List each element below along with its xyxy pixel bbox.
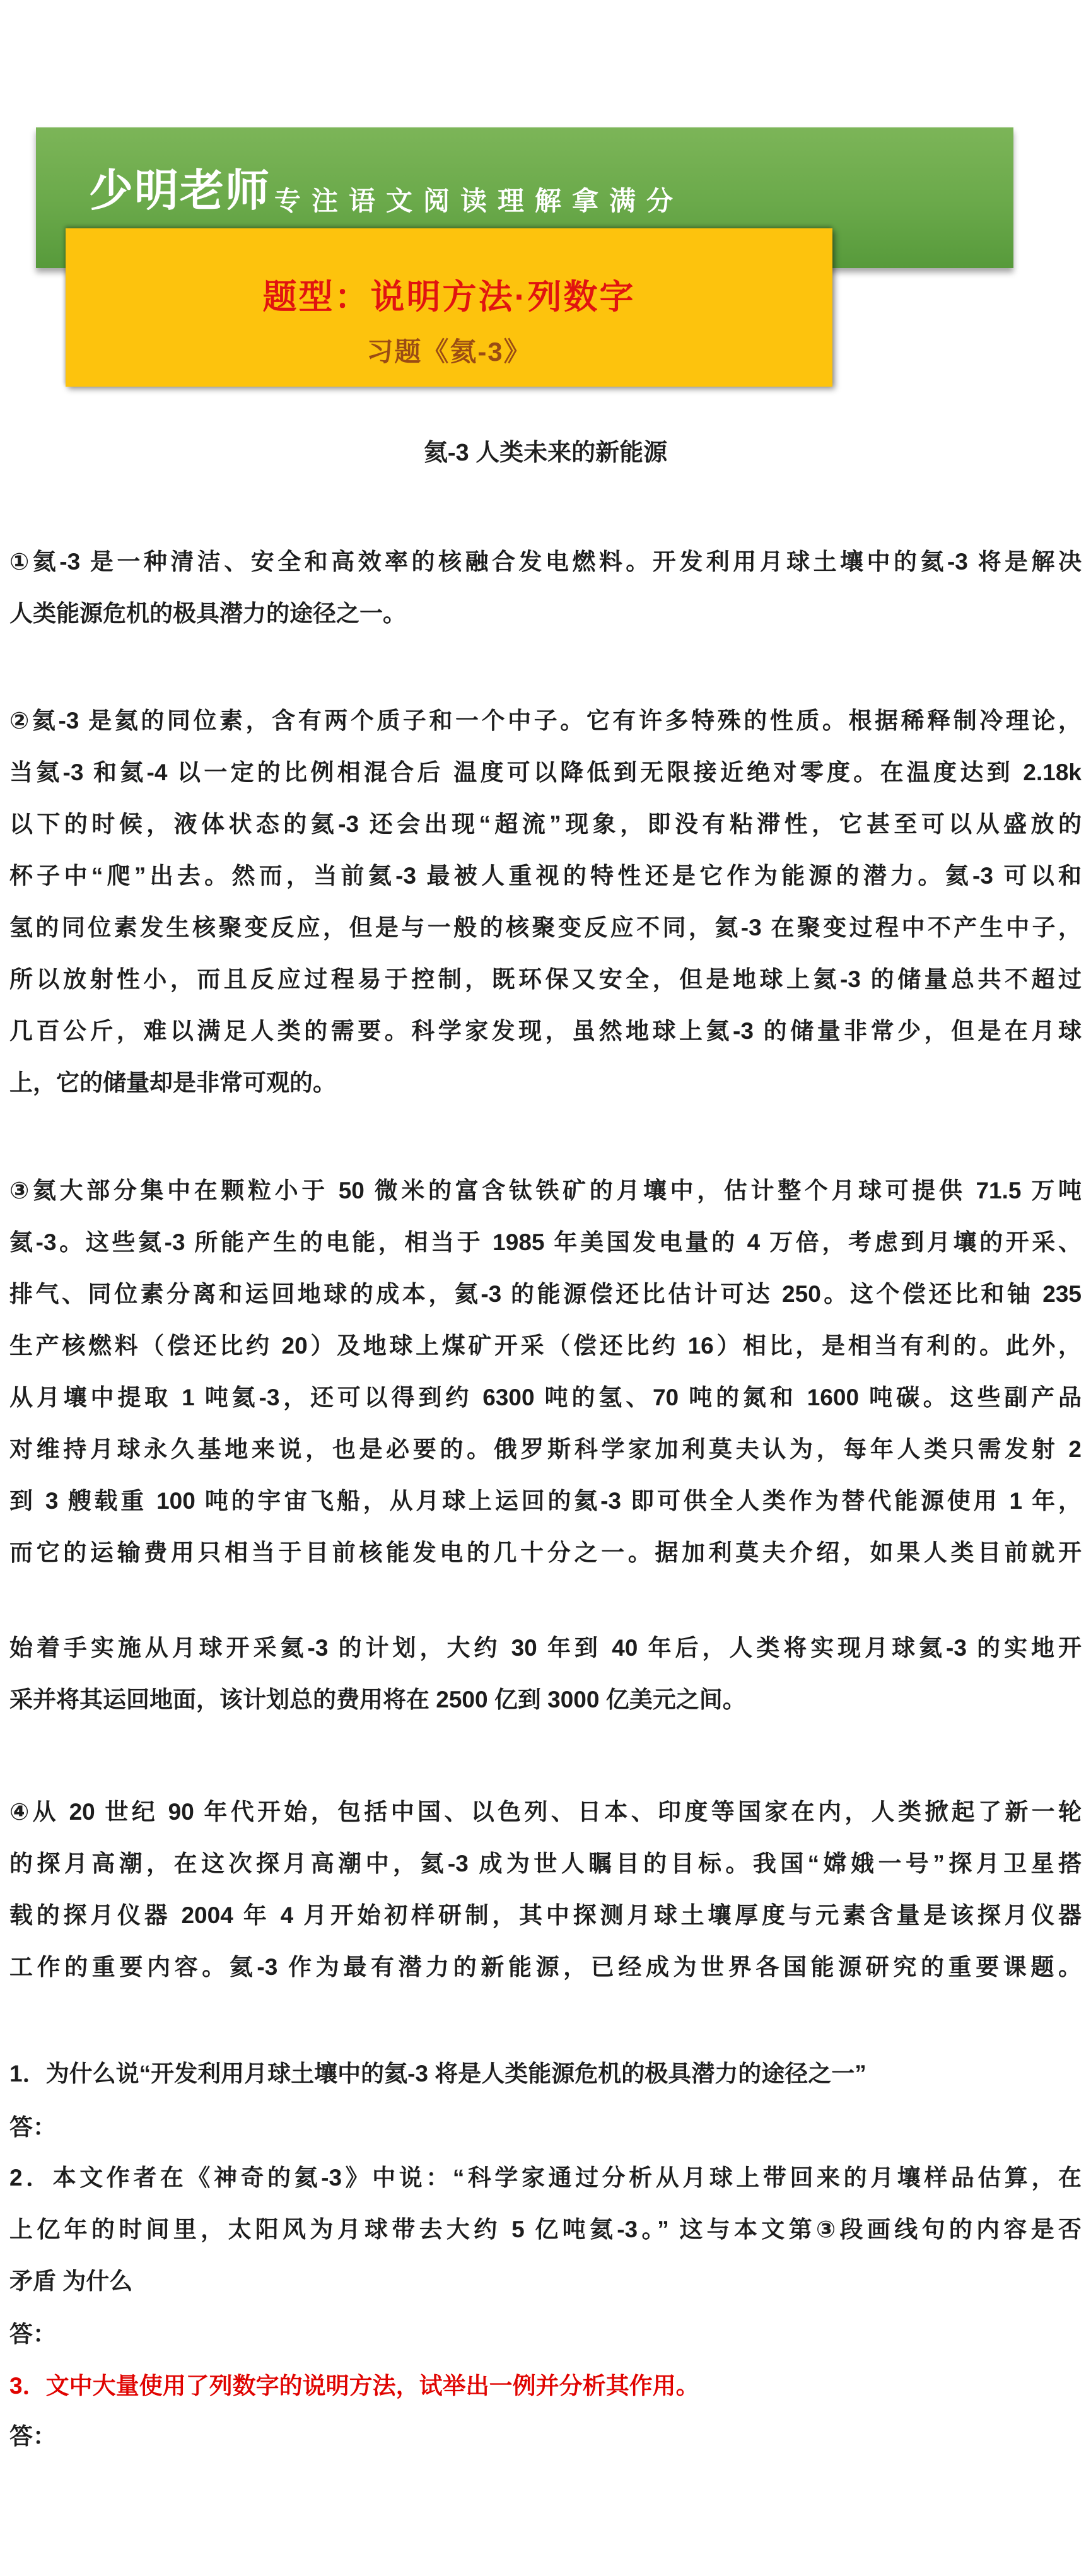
question-line: 3．文中大量使用了列数字的说明方法，试举出一例并分析其作用。: [9, 2360, 1082, 2412]
paragraph-line: 所以放射性小，而且反应过程易于控制，既环保又安全，但是地球上氦-3 的储量总共不…: [9, 954, 1082, 1005]
paragraph-line: 采并将其运回地面，该计划总的费用将在 2500 亿到 3000 亿美元之间。: [9, 1674, 1082, 1726]
title-banner: 题型：说明方法·列数字 习题《氦-3》: [66, 228, 832, 387]
paragraph-line: 以下的时候，液体状态的氦-3 还会出现“超流”现象，即没有粘滞性，它甚至可以从盛…: [9, 799, 1082, 850]
worksheet-page: 少明老师 专注语文阅读理解拿满分 题型：说明方法·列数字 习题《氦-3》 氦-3…: [0, 0, 1091, 2576]
brand-tagline: 专注语文阅读理解拿满分: [274, 180, 684, 218]
answer-label-q1: 答：: [9, 2102, 1082, 2153]
paragraph-line: 氦-3。这些氦-3 所能产生的电能，相当于 1985 年美国发电量的 4 万倍，…: [9, 1217, 1082, 1268]
paragraph-line: 的探月高潮，在这次探月高潮中，氦-3 成为世人瞩目的目标。我国“嫦娥一号”探月卫…: [9, 1838, 1082, 1890]
paragraph-line: ①氦-3 是一种清洁、安全和高效率的核融合发电燃料。开发利用月球土壤中的氦-3 …: [9, 536, 1082, 588]
answer-label-q2: 答：: [9, 2309, 1082, 2360]
question-q1: 1．为什么说“开发利用月球土壤中的氦-3 将是人类能源危机的极具潜力的途径之一”: [9, 2048, 1082, 2100]
question-line: 矛盾 为什么: [9, 2256, 1082, 2307]
paragraph-p3b: 始着手实施从月球开采氦-3 的计划，大约 30 年到 40 年后，人类将实现月球…: [9, 1622, 1082, 1726]
paragraph-line: 几百公斤，难以满足人类的需要。科学家发现，虽然地球上氦-3 的储量非常少，但是在…: [9, 1005, 1082, 1057]
paragraph-line: 当氦-3 和氦-4 以一定的比例相混合后 温度可以降低到无限接近绝对零度。在温度…: [9, 747, 1082, 799]
paragraph-line: ③氦大部分集中在颗粒小于 50 微米的富含钛铁矿的月壤中，估计整个月球可提供 7…: [9, 1165, 1082, 1217]
paragraph-line: 工作的重要内容。氦-3 作为最有潜力的新能源，已经成为世界各国能源研究的重要课题…: [9, 1941, 1082, 1993]
paragraph-line: 到 3 艘载重 100 吨的宇宙飞船，从月球上运回的氦-3 即可供全人类作为替代…: [9, 1475, 1082, 1527]
paragraph-line: 载的探月仪器 2004 年 4 月开始初样研制，其中探测月球土壤厚度与元素含量是…: [9, 1890, 1082, 1941]
article-title: 氦-3 人类未来的新能源: [9, 436, 1082, 469]
paragraph-line: 杯子中“爬”出去。然而，当前氦-3 最被人重视的特性还是它作为能源的潜力。氦-3…: [9, 850, 1082, 902]
paragraph-p3a: ③氦大部分集中在颗粒小于 50 微米的富含钛铁矿的月壤中，估计整个月球可提供 7…: [9, 1165, 1082, 1579]
paragraph-line: 上，它的储量却是非常可观的。: [9, 1057, 1082, 1109]
paragraph-line: 而它的运输费用只相当于目前核能发电的几十分之一。据加利莫夫介绍，如果人类目前就开: [9, 1527, 1082, 1579]
paragraph-line: 排气、同位素分离和运回地球的成本，氦-3 的能源偿还比估计可达 250。这个偿还…: [9, 1268, 1082, 1320]
answer-label: 答：: [9, 2411, 1082, 2462]
question-line: 2．本文作者在《神奇的氦-3》中说：“科学家通过分析从月球上带回来的月壤样品估算…: [9, 2152, 1082, 2204]
question-q2: 2．本文作者在《神奇的氦-3》中说：“科学家通过分析从月球上带回来的月壤样品估算…: [9, 2152, 1082, 2307]
brand-name: 少明老师: [89, 155, 271, 219]
paragraph-p4: ④从 20 世纪 90 年代开始，包括中国、以色列、日本、印度等国家在内，人类掀…: [9, 1786, 1082, 1993]
paragraph-line: 人类能源危机的极具潜力的途径之一。: [9, 588, 1082, 640]
banner-subtitle: 习题《氦-3》: [66, 331, 832, 369]
paragraph-line: 氢的同位素发生核聚变反应，但是与一般的核聚变反应不同，氦-3 在聚变过程中不产生…: [9, 902, 1082, 954]
question-line: 上亿年的时间里，太阳风为月球带去大约 5 亿吨氦-3。” 这与本文第③段画线句的…: [9, 2204, 1082, 2256]
answer-label: 答：: [9, 2102, 1082, 2153]
paragraph-p2: ②氦-3 是氦的同位素，含有两个质子和一个中子。它有许多特殊的性质。根据稀释制冷…: [9, 695, 1082, 1109]
paragraph-line: ④从 20 世纪 90 年代开始，包括中国、以色列、日本、印度等国家在内，人类掀…: [9, 1786, 1082, 1838]
question-q3: 3．文中大量使用了列数字的说明方法，试举出一例并分析其作用。: [9, 2360, 1082, 2412]
paragraph-line: 生产核燃料（偿还比约 20）及地球上煤矿开采（偿还比约 16）相比，是相当有利的…: [9, 1320, 1082, 1372]
question-line: 1．为什么说“开发利用月球土壤中的氦-3 将是人类能源危机的极具潜力的途径之一”: [9, 2048, 1082, 2100]
banner-title: 题型：说明方法·列数字: [66, 270, 832, 319]
paragraph-line: 对维持月球永久基地来说，也是必要的。俄罗斯科学家加利莫夫认为，每年人类只需发射 …: [9, 1424, 1082, 1475]
paragraph-line: 始着手实施从月球开采氦-3 的计划，大约 30 年到 40 年后，人类将实现月球…: [9, 1622, 1082, 1674]
paragraph-line: 从月壤中提取 1 吨氦-3，还可以得到约 6300 吨的氢、70 吨的氮和 16…: [9, 1372, 1082, 1424]
answer-label: 答：: [9, 2309, 1082, 2360]
paragraph-p1: ①氦-3 是一种清洁、安全和高效率的核融合发电燃料。开发利用月球土壤中的氦-3 …: [9, 536, 1082, 640]
paragraph-line: ②氦-3 是氦的同位素，含有两个质子和一个中子。它有许多特殊的性质。根据稀释制冷…: [9, 695, 1082, 747]
answer-label-q3: 答：: [9, 2411, 1082, 2462]
